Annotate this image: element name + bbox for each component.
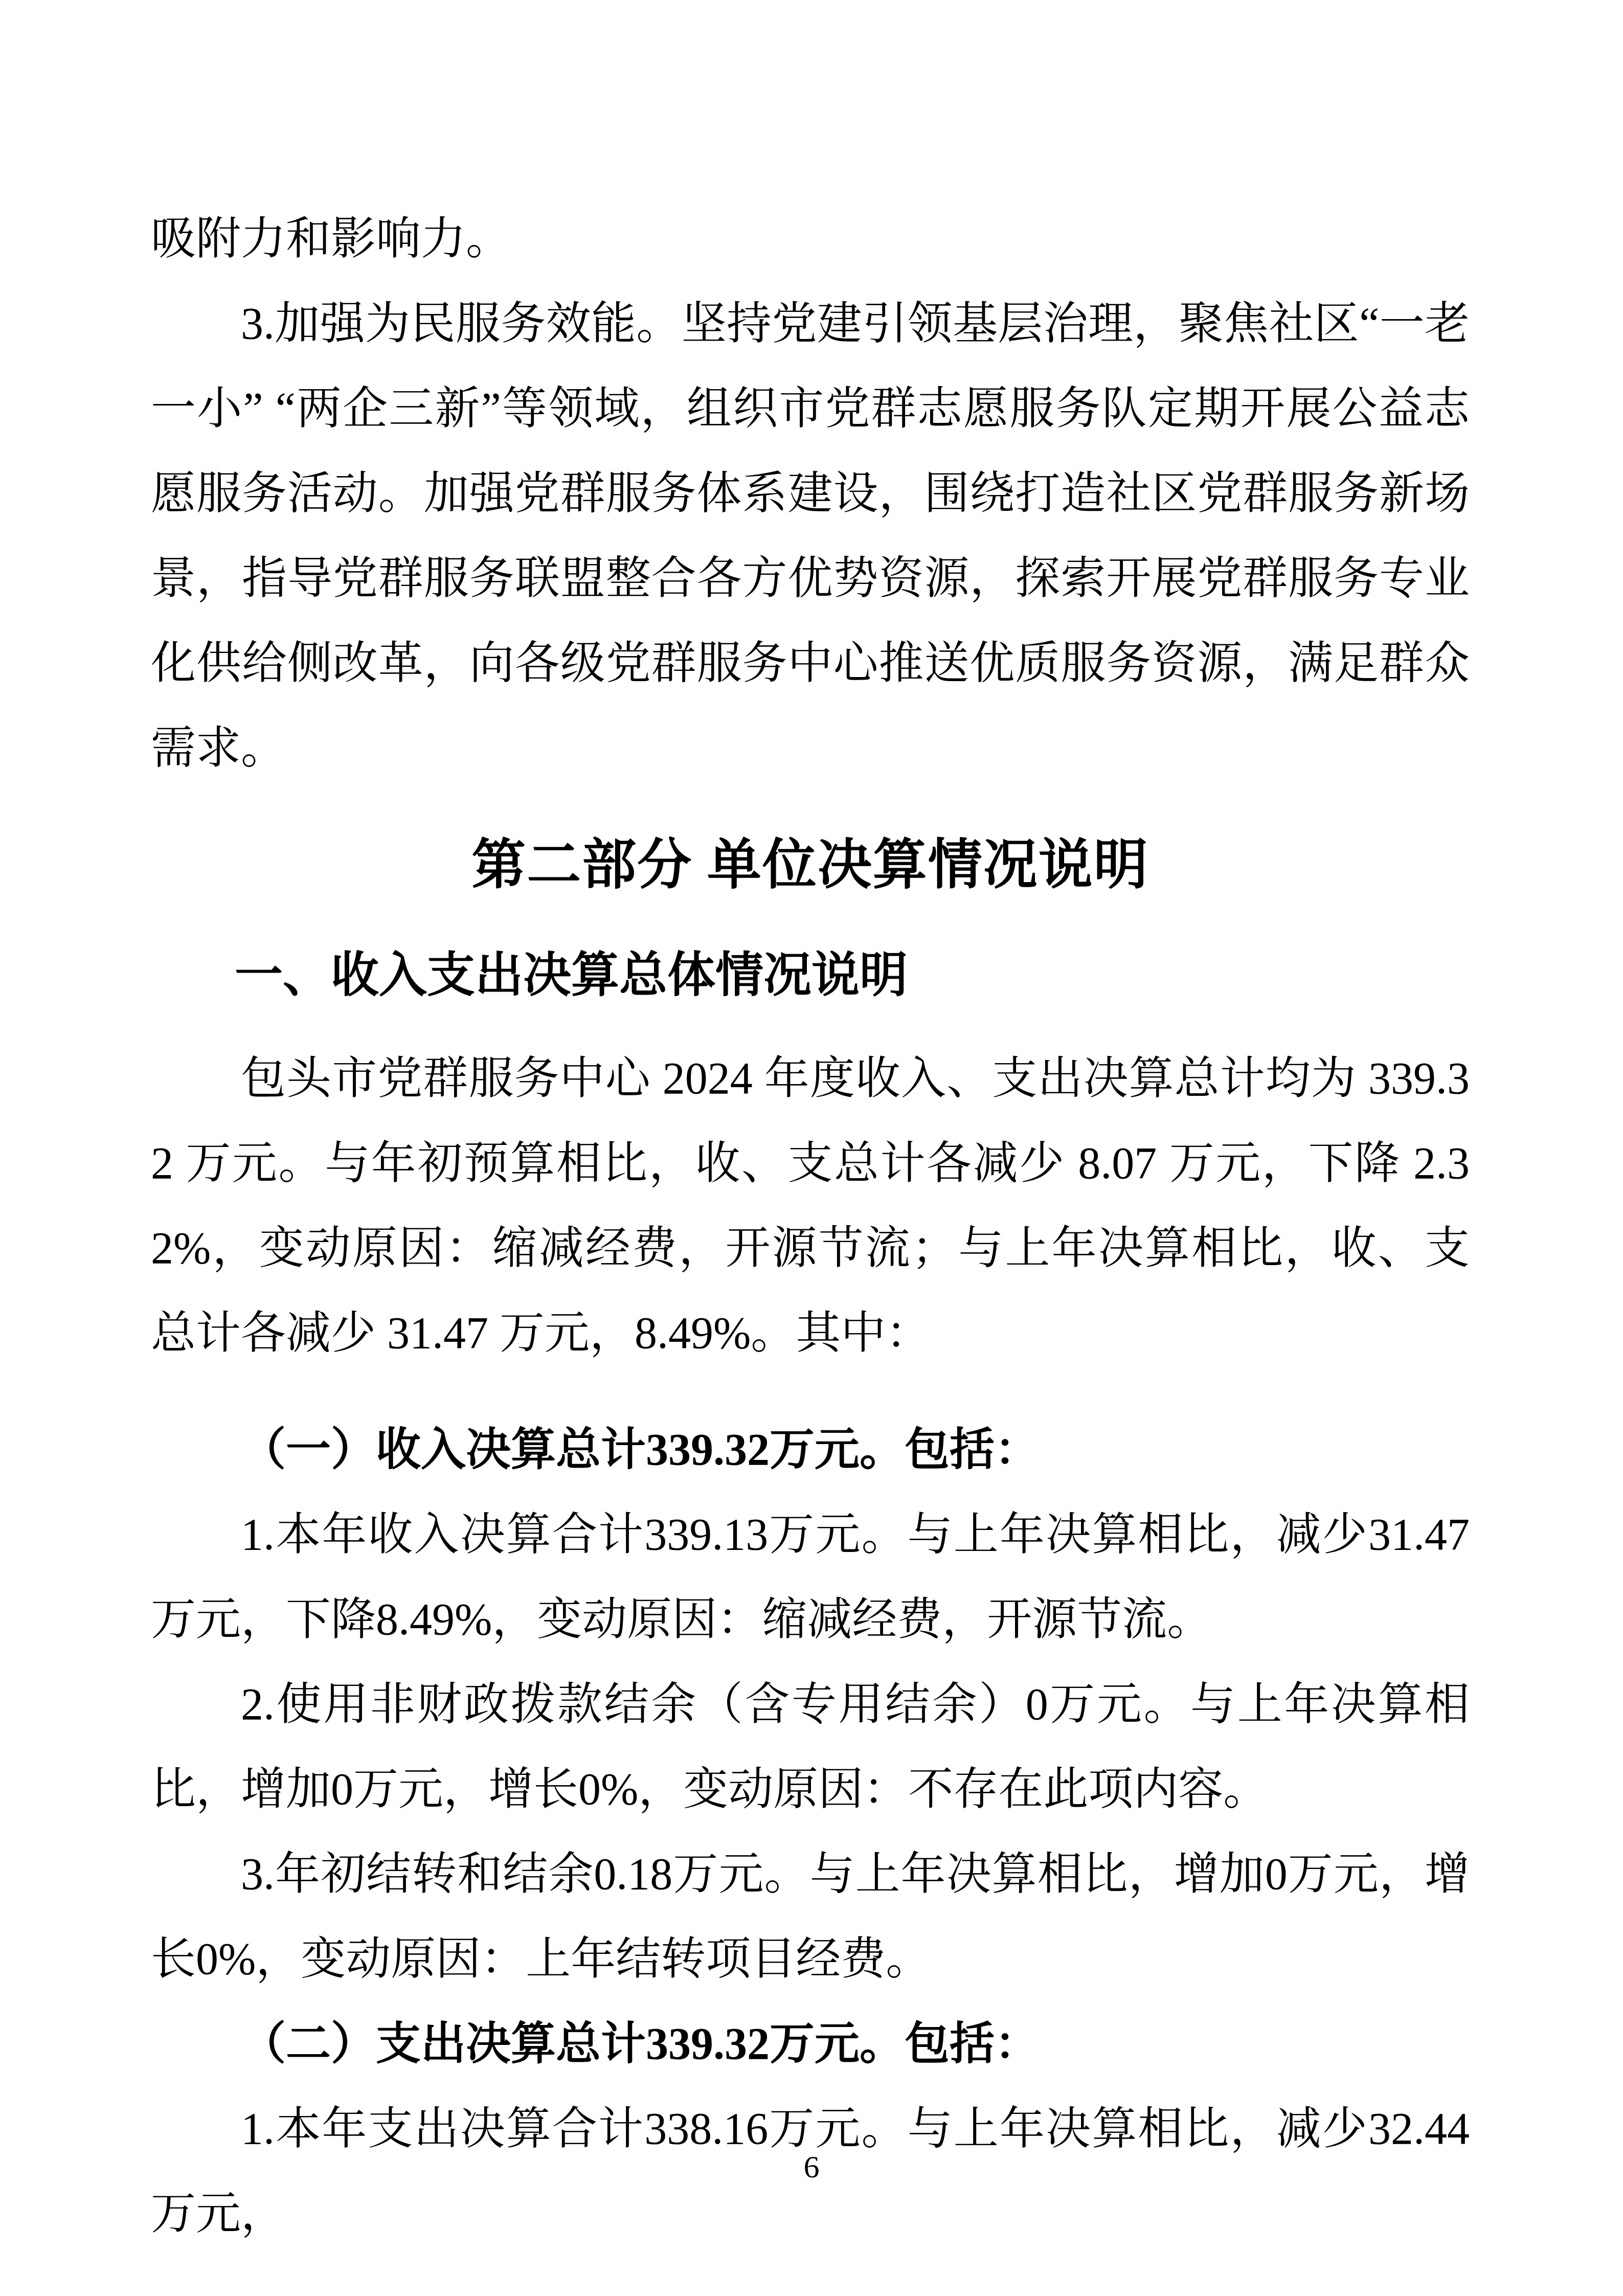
page-number: 6 <box>804 2150 820 2185</box>
paragraph-continuation-previous-page: 吸附力和影响力。 <box>151 197 1470 282</box>
paragraph-budget-overview: 包头市党群服务中心 2024 年度收入、支出决算总计均为 339.32 万元。与… <box>151 1037 1470 1376</box>
paragraph-income-item2: 2.使用非财政拨款结余（含专用结余）0万元。与上年决算相比，增加0万元，增长0%… <box>151 1662 1470 1832</box>
section-heading-part2: 第二部分 单位决算情况说明 <box>151 806 1470 924</box>
paragraph-expenditure-total-heading: （二）支出决算总计339.32万元。包括： <box>151 2002 1470 2087</box>
paragraph-income-item1: 1.本年收入决算合计339.13万元。与上年决算相比，减少31.47万元，下降8… <box>151 1493 1470 1662</box>
document-page: 吸附力和影响力。 3.加强为民服务效能。坚持党建引领基层治理，聚焦社区“一老一小… <box>0 0 1623 2296</box>
paragraph-income-total-heading: （一）收入决算总计339.32万元。包括： <box>151 1408 1470 1493</box>
paragraph-income-item3: 3.年初结转和结余0.18万元。与上年决算相比，增加0万元，增长0%，变动原因：… <box>151 1832 1470 2002</box>
page-footer: 6 <box>0 2147 1623 2188</box>
paragraph-item3-service-effectiveness: 3.加强为民服务效能。坚持党建引领基层治理，聚焦社区“一老一小” “两企三新”等… <box>151 282 1470 791</box>
subsection-heading-overall-income-expenditure: 一、收入支出决算总体情况说明 <box>151 928 1470 1022</box>
